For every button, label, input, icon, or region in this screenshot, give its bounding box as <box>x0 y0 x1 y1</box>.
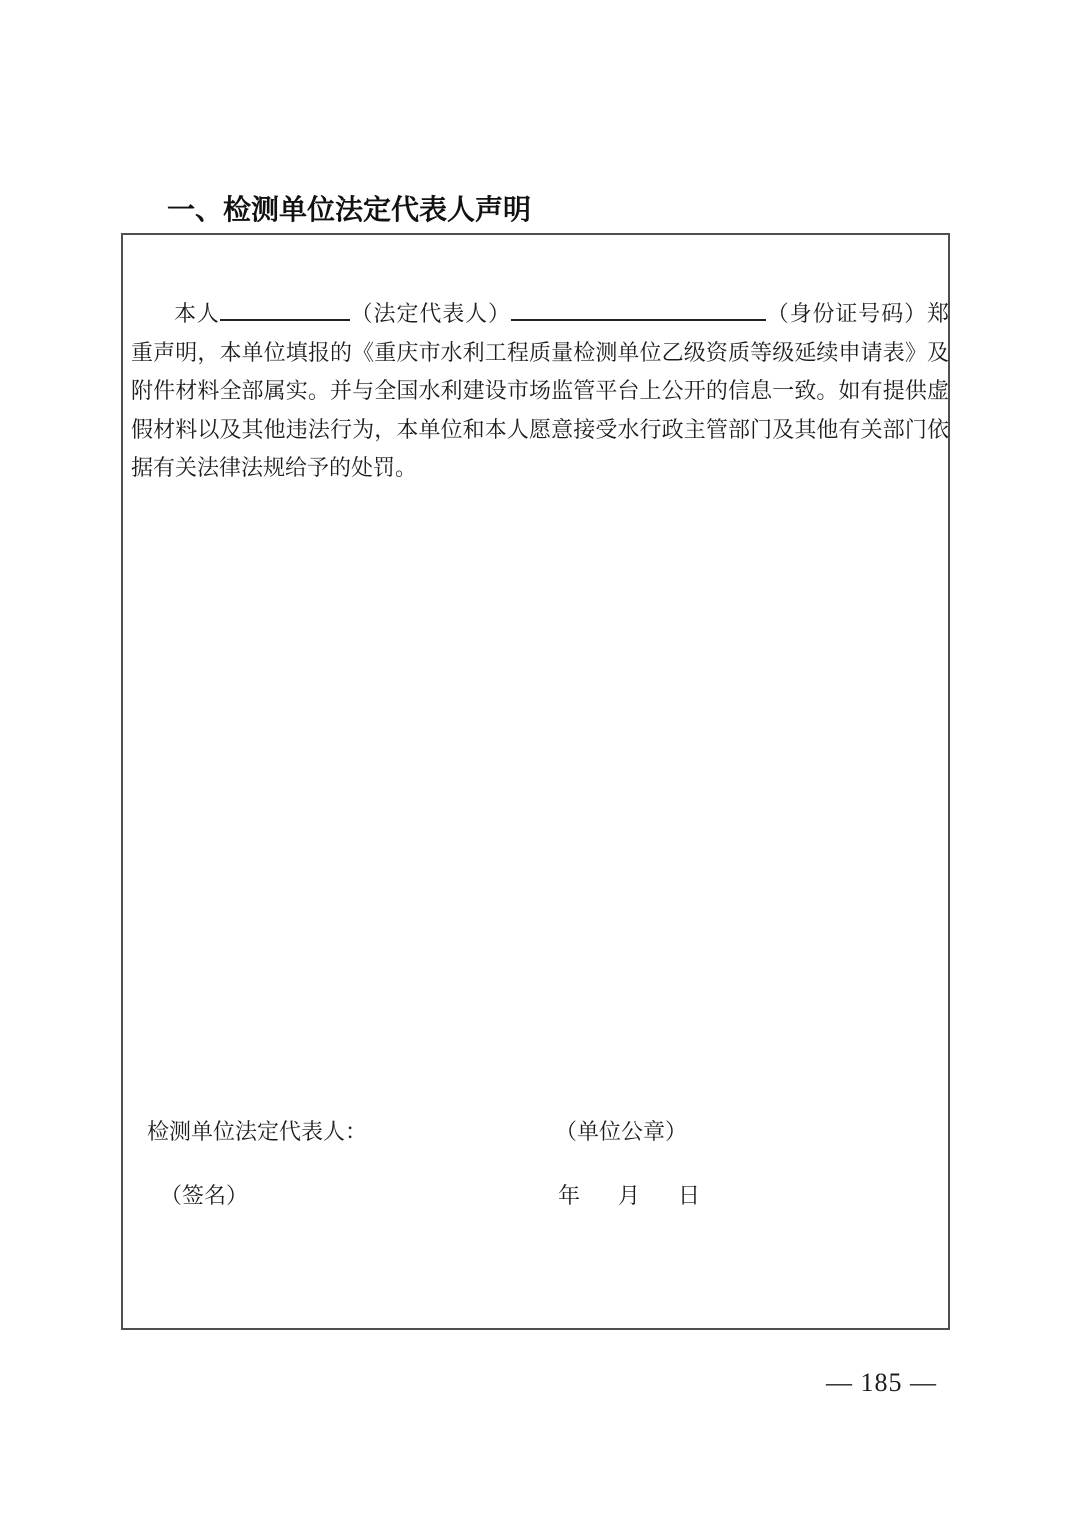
id-number-label: （身份证号码） <box>766 301 927 326</box>
legal-rep-name-blank-field <box>220 317 350 321</box>
date-month-label: 月 <box>618 1183 640 1208</box>
date-year-label: 年 <box>558 1183 580 1208</box>
page-number: — 185 — <box>826 1368 937 1398</box>
section-heading: 一、检测单位法定代表人声明 <box>167 193 531 227</box>
declaration-lead-text: 本人 <box>174 301 220 326</box>
declaration-box: 本人（法定代表人）（身份证号码）郑重声明，本单位填报的《重庆市水利工程质量检测单… <box>121 233 950 1330</box>
declaration-body-text: 郑重声明，本单位填报的《重庆市水利工程质量检测单位乙级资质等级延续申请表》及附件… <box>131 301 949 480</box>
id-number-blank-field <box>511 317 766 321</box>
document-page: 一、检测单位法定代表人声明 本人（法定代表人）（身份证号码）郑重声明，本单位填报… <box>0 0 1074 1520</box>
legal-rep-label: （法定代表人） <box>350 301 511 326</box>
date-day-label: 日 <box>678 1183 700 1208</box>
representative-signature-label: 检测单位法定代表人： <box>147 1119 367 1145</box>
date-line: 年月日 <box>558 1183 700 1209</box>
signature-hint-label: （签名） <box>160 1183 248 1209</box>
declaration-paragraph: 本人（法定代表人）（身份证号码）郑重声明，本单位填报的《重庆市水利工程质量检测单… <box>123 235 949 488</box>
unit-seal-label: （单位公章） <box>555 1119 687 1145</box>
